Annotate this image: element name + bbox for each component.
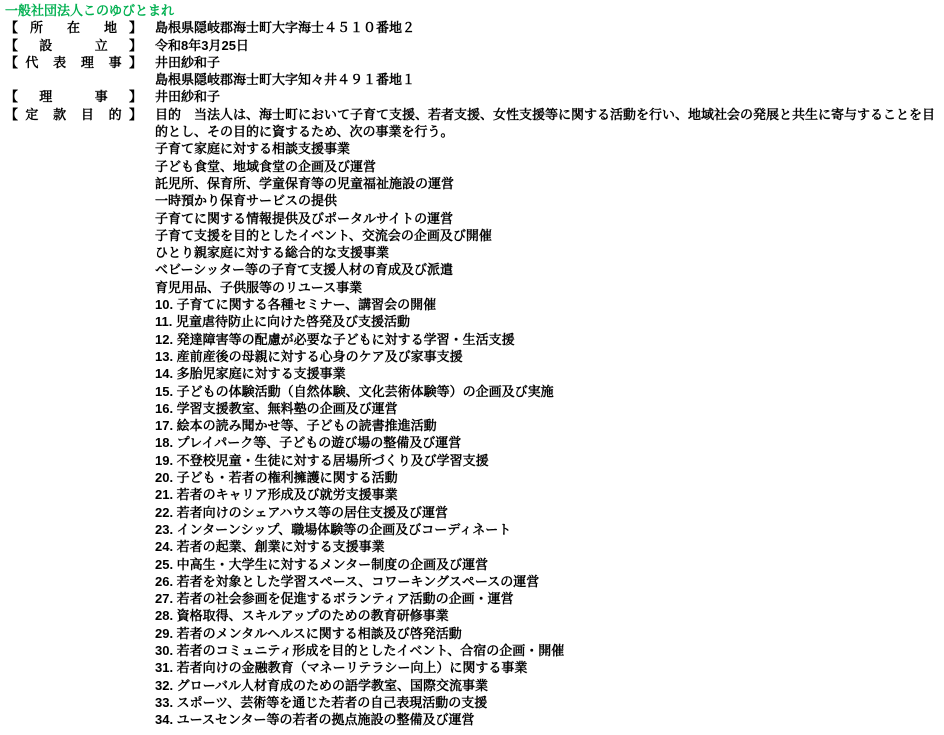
purpose-item: 29. 若者のメンタルヘルスに関する相談及び啓発活動 — [155, 625, 940, 642]
bracket-open: 【 — [5, 54, 18, 71]
purpose-item: 託児所、保育所、学童保育等の児童福祉施設の運営 — [155, 175, 940, 192]
field-label-location: 【 所在地 】 — [5, 19, 155, 36]
purpose-item: 10. 子育てに関する各種セミナー、講習会の開催 — [155, 296, 940, 313]
purpose-item: 一時預かり保育サービスの提供 — [155, 192, 940, 209]
purpose-item: 12. 発達障害等の配慮が必要な子どもに対する学習・生活支援 — [155, 331, 940, 348]
field-value-established: 令和8年3月25日 — [155, 37, 940, 54]
purpose-item: 21. 若者のキャリア形成及び就労支援事業 — [155, 486, 940, 503]
bracket-open: 【 — [5, 37, 18, 54]
purpose-item: 23. インターンシップ、職場体験等の企画及びコーディネート — [155, 521, 940, 538]
director-name: 井田紗和子 — [155, 88, 940, 105]
purpose-item-list: 子育て家庭に対する相談支援事業子ども食堂、地域食堂の企画及び運営託児所、保育所、… — [155, 140, 940, 728]
company-name: 一般社団法人このゆびとまれ — [5, 2, 940, 19]
purpose-item: 32. グローバル人材育成のための語学教室、国際交流事業 — [155, 677, 940, 694]
bracket-open: 【 — [5, 88, 18, 105]
purpose-item: 20. 子ども・若者の権利擁護に関する活動 — [155, 469, 940, 486]
field-label-text: 定款目的 — [18, 106, 129, 123]
bracket-open: 【 — [5, 106, 18, 123]
purpose-item: 17. 絵本の読み聞かせ等、子どもの読書推進活動 — [155, 417, 940, 434]
purpose-item: ベビーシッター等の子育て支援人材の育成及び派遣 — [155, 261, 940, 278]
purpose-item: 子ども食堂、地域食堂の企画及び運営 — [155, 158, 940, 175]
field-value-representative-director: 井田紗和子 島根県隠岐郡海士町大字知々井４９１番地１ — [155, 54, 940, 89]
bracket-close: 】 — [129, 19, 142, 36]
purpose-item: 18. プレイパーク等、子どもの遊び場の整備及び運営 — [155, 434, 940, 451]
established-date: 令和8年3月25日 — [155, 37, 940, 54]
field-value-articles-purpose: 目的 当法人は、海士町において子育て支援、若者支援、女性支援等に関する活動を行い… — [155, 106, 940, 729]
bracket-close: 】 — [129, 88, 142, 105]
purpose-item: 34. ユースセンター等の若者の拠点施設の整備及び運営 — [155, 711, 940, 728]
purpose-item: 13. 産前産後の母親に対する心身のケア及び家事支援 — [155, 348, 940, 365]
purpose-item: 31. 若者向けの金融教育（マネーリテラシー向上）に関する事業 — [155, 659, 940, 676]
representative-director-name: 井田紗和子 — [155, 54, 940, 71]
purpose-item: 19. 不登校児童・生徒に対する居場所づくり及び学習支援 — [155, 452, 940, 469]
bracket-open: 【 — [5, 19, 18, 36]
field-label-articles-purpose: 【 定款目的 】 — [5, 106, 155, 123]
field-row-established: 【 設立 】 令和8年3月25日 — [5, 37, 940, 54]
bracket-close: 】 — [129, 106, 142, 123]
purpose-item: 22. 若者向けのシェアハウス等の居住支援及び運営 — [155, 504, 940, 521]
field-label-text: 代表理事 — [18, 54, 129, 71]
purpose-item: 27. 若者の社会参画を促進するボランティア活動の企画・運営 — [155, 590, 940, 607]
purpose-item: ひとり親家庭に対する総合的な支援事業 — [155, 244, 940, 261]
purpose-item: 11. 児童虐待防止に向けた啓発及び支援活動 — [155, 313, 940, 330]
purpose-item: 育児用品、子供服等のリユース事業 — [155, 279, 940, 296]
purpose-item: 14. 多胎児家庭に対する支援事業 — [155, 365, 940, 382]
purpose-item: 子育てに関する情報提供及びポータルサイトの運営 — [155, 210, 940, 227]
location-address: 島根県隠岐郡海士町大字海士４５１０番地２ — [155, 19, 940, 36]
bracket-close: 】 — [129, 37, 142, 54]
purpose-item: 子育て家庭に対する相談支援事業 — [155, 140, 940, 157]
purpose-item: 24. 若者の起業、創業に対する支援事業 — [155, 538, 940, 555]
purpose-item: 25. 中高生・大学生に対するメンター制度の企画及び運営 — [155, 556, 940, 573]
field-label-text: 理事 — [18, 88, 129, 105]
field-label-text: 設立 — [18, 37, 129, 54]
field-label-representative-director: 【 代表理事 】 — [5, 54, 155, 71]
field-value-director: 井田紗和子 — [155, 88, 940, 105]
purpose-item: 15. 子どもの体験活動（自然体験、文化芸術体験等）の企画及び実施 — [155, 383, 940, 400]
field-value-location: 島根県隠岐郡海士町大字海士４５１０番地２ — [155, 19, 940, 36]
bracket-close: 】 — [129, 54, 142, 71]
purpose-item: 子育て支援を目的としたイベント、交流会の企画及び開催 — [155, 227, 940, 244]
purpose-intro: 目的 当法人は、海士町において子育て支援、若者支援、女性支援等に関する活動を行い… — [155, 106, 940, 141]
purpose-item: 30. 若者のコミュニティ形成を目的としたイベント、合宿の企画・開催 — [155, 642, 940, 659]
field-label-text: 所在地 — [18, 19, 129, 36]
field-row-location: 【 所在地 】 島根県隠岐郡海士町大字海士４５１０番地２ — [5, 19, 940, 36]
field-row-articles-purpose: 【 定款目的 】 目的 当法人は、海士町において子育て支援、若者支援、女性支援等… — [5, 106, 940, 729]
field-label-established: 【 設立 】 — [5, 37, 155, 54]
registry-document: 一般社団法人このゆびとまれ 【 所在地 】 島根県隠岐郡海士町大字海士４５１０番… — [0, 0, 944, 728]
purpose-item: 16. 学習支援教室、無料塾の企画及び運営 — [155, 400, 940, 417]
purpose-item: 26. 若者を対象とした学習スペース、コワーキングスペースの運営 — [155, 573, 940, 590]
field-row-representative-director: 【 代表理事 】 井田紗和子 島根県隠岐郡海士町大字知々井４９１番地１ — [5, 54, 940, 89]
field-row-director: 【 理事 】 井田紗和子 — [5, 88, 940, 105]
field-label-director: 【 理事 】 — [5, 88, 155, 105]
purpose-item: 33. スポーツ、芸術等を通じた若者の自己表現活動の支援 — [155, 694, 940, 711]
purpose-item: 28. 資格取得、スキルアップのための教育研修事業 — [155, 607, 940, 624]
representative-director-address: 島根県隠岐郡海士町大字知々井４９１番地１ — [155, 71, 940, 88]
